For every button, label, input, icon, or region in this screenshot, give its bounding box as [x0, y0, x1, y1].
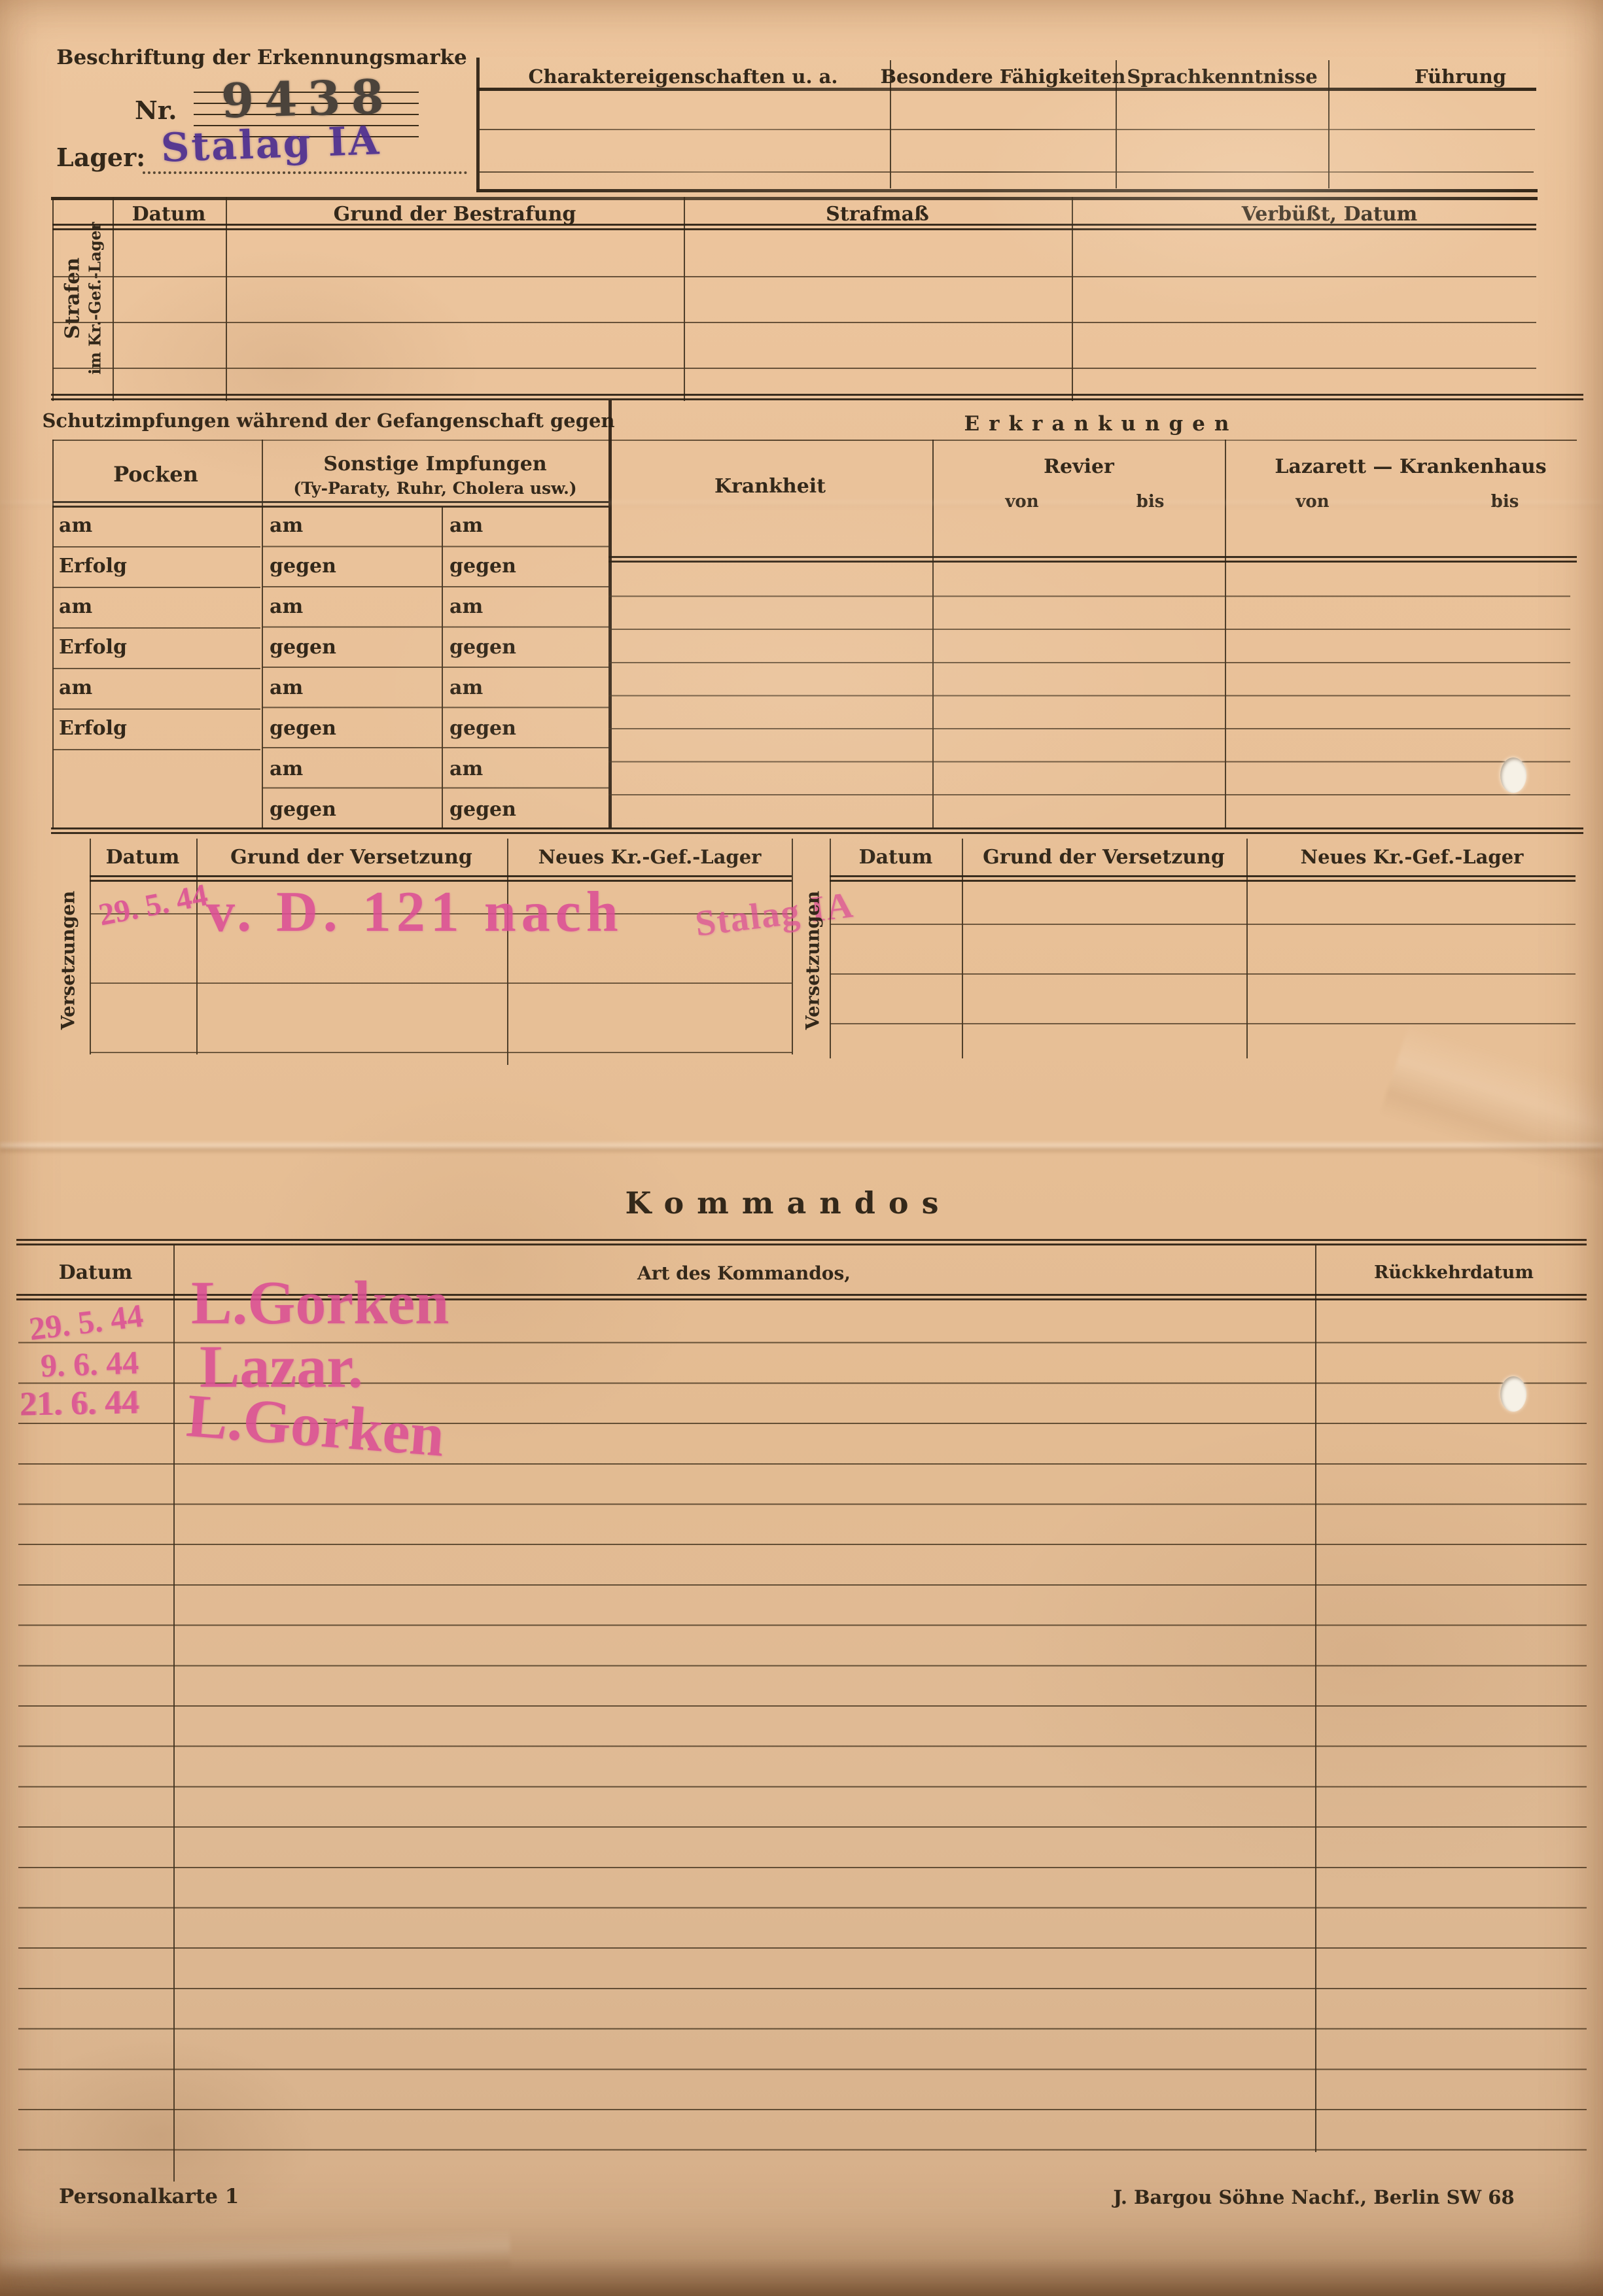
pocken-rows-rules: [52, 507, 260, 750]
paper-bottom-edge-shadow: [0, 2258, 1603, 2296]
kommando-entry-date: 21. 6. 44: [19, 1383, 139, 1423]
punishments-bottom-rule: [51, 394, 1583, 400]
revier-von-label: von: [1005, 492, 1038, 512]
nr-label: Nr.: [135, 96, 177, 125]
sonstige-row-label: gegen: [270, 717, 336, 740]
vaccinations-title: Schutzimpfungen während der Gefangenscha…: [42, 409, 614, 432]
punishments-col-datum: Datum: [132, 203, 206, 226]
sonstige-row-label: gegen: [270, 555, 336, 578]
transfers-col-grund: Grund der Versetzung: [983, 846, 1225, 869]
bottom-corner-crease: [0, 2228, 511, 2291]
transfers-left-rows-rules: [90, 845, 792, 1053]
sonstige-row-label: gegen: [449, 555, 516, 578]
sonstige-row-label: gegen: [449, 717, 516, 740]
sonstige-row-label: am: [449, 676, 483, 699]
lager-label: Lager:: [56, 143, 145, 172]
transfers-col-datum: Datum: [859, 846, 933, 869]
traits-header-rule: [478, 88, 1536, 91]
kommandos-col-datum: Datum: [59, 1261, 133, 1284]
kommandos-title: Kommandos: [625, 1185, 952, 1221]
sonstige-row-label: am: [449, 757, 483, 780]
pow-personal-card-back: Beschriftung der Erkennungsmarke Nr. 943…: [0, 0, 1603, 2296]
corner-crease: [1379, 1022, 1603, 1209]
illnesses-header-rule: [608, 556, 1577, 563]
sonstige-row-label: gegen: [449, 636, 516, 659]
punishments-empty-rows: [52, 232, 1536, 370]
punch-hole-top: [1500, 757, 1526, 793]
footer-printer: J. Bargou Söhne Nachf., Berlin SW 68: [1113, 2186, 1514, 2208]
punishments-col-verbuesst: Verbüßt, Datum: [1242, 203, 1418, 226]
fold-crease-main: [0, 1141, 1603, 1154]
section-title-rule: [52, 440, 1577, 441]
illnesses-title: Erkrankungen: [964, 412, 1239, 436]
traits-col-faehigkeiten: Besondere Fähigkeiten: [881, 65, 1126, 88]
sonstige-label-line1: Sonstige Impfungen: [323, 453, 546, 476]
sonstige-row-label: am: [270, 757, 303, 780]
traits-col-charakter: Charaktereigenschaften u. a.: [528, 65, 837, 88]
sonstige-row-label: gegen: [270, 798, 336, 821]
sonstige-row-label: am: [449, 595, 483, 618]
pocken-row-label: Erfolg: [59, 636, 127, 659]
traits-bottom-rule: [476, 189, 1538, 192]
pocken-row-label: am: [59, 676, 92, 699]
traits-row-rule-2: [480, 171, 1534, 173]
illnesses-rows-rules: [608, 564, 1570, 829]
kommandos-col-art: Art des Kommandos,: [637, 1262, 851, 1284]
kommando-entry-date: 9. 6. 44: [40, 1343, 139, 1384]
sonstige-row-label: am: [449, 514, 483, 537]
traits-left-border: [476, 58, 480, 190]
sonstige-row-label: am: [270, 676, 303, 699]
krankheit-label: Krankheit: [714, 475, 826, 498]
transfers-left-side-label: Versetzungen: [57, 891, 80, 1030]
sonstige-row-label: am: [270, 595, 303, 618]
pocken-row-label: am: [59, 595, 92, 618]
lazarett-label: Lazarett — Krankenhaus: [1275, 455, 1546, 478]
lazarett-von-label: von: [1295, 492, 1329, 512]
punishments-top-rule: [51, 197, 1538, 200]
vaccinations-bottom-rule: [51, 827, 1583, 834]
traits-row-rule-1: [480, 129, 1535, 130]
kommandos-top-rule: [16, 1239, 1587, 1245]
lager-stamp: Stalag IA: [160, 118, 381, 171]
revier-label: Revier: [1044, 455, 1114, 478]
transfers-left-right-border: [792, 839, 793, 1054]
transfers-right-rows-rules: [830, 875, 1576, 1026]
pocken-row-label: am: [59, 514, 92, 537]
pocken-row-label: Erfolg: [59, 555, 127, 578]
punishments-header-rule: [52, 224, 1536, 230]
sonstige-row-label: am: [270, 514, 303, 537]
transfers-col-lager: Neues Kr.-Gef.-Lager: [1301, 846, 1524, 868]
punch-hole-bottom: [1500, 1376, 1526, 1412]
footer-card-type: Personalkarte 1: [59, 2185, 239, 2208]
lazarett-bis-label: bis: [1491, 492, 1519, 512]
sonstige-row-label: gegen: [270, 636, 336, 659]
sonstige-label-line2: (Ty-Paraty, Ruhr, Cholera usw.): [293, 479, 576, 498]
punishments-col-strafmass: Strafmaß: [826, 203, 929, 226]
punishments-col-grund: Grund der Bestrafung: [334, 203, 576, 226]
transfers-right-side-label: Versetzungen: [801, 891, 824, 1030]
traits-col-sprachen: Sprachkenntnisse: [1127, 65, 1317, 88]
traits-divider-3: [1328, 60, 1330, 188]
revier-bis-label: bis: [1136, 492, 1165, 512]
sonstige-row-label: gegen: [449, 798, 516, 821]
kommandos-col-rueckkehr: Rückkehrdatum: [1374, 1262, 1534, 1283]
pocken-label: Pocken: [113, 462, 198, 487]
transfer-reason-stamp: v. D. 121 nach: [206, 879, 624, 945]
pocken-row-label: Erfolg: [59, 717, 127, 740]
kommando-entry-art: L.Gorken: [191, 1268, 449, 1338]
id-box-title: Beschriftung der Erkennungsmarke: [56, 46, 467, 69]
traits-col-fuehrung: Führung: [1415, 65, 1506, 88]
